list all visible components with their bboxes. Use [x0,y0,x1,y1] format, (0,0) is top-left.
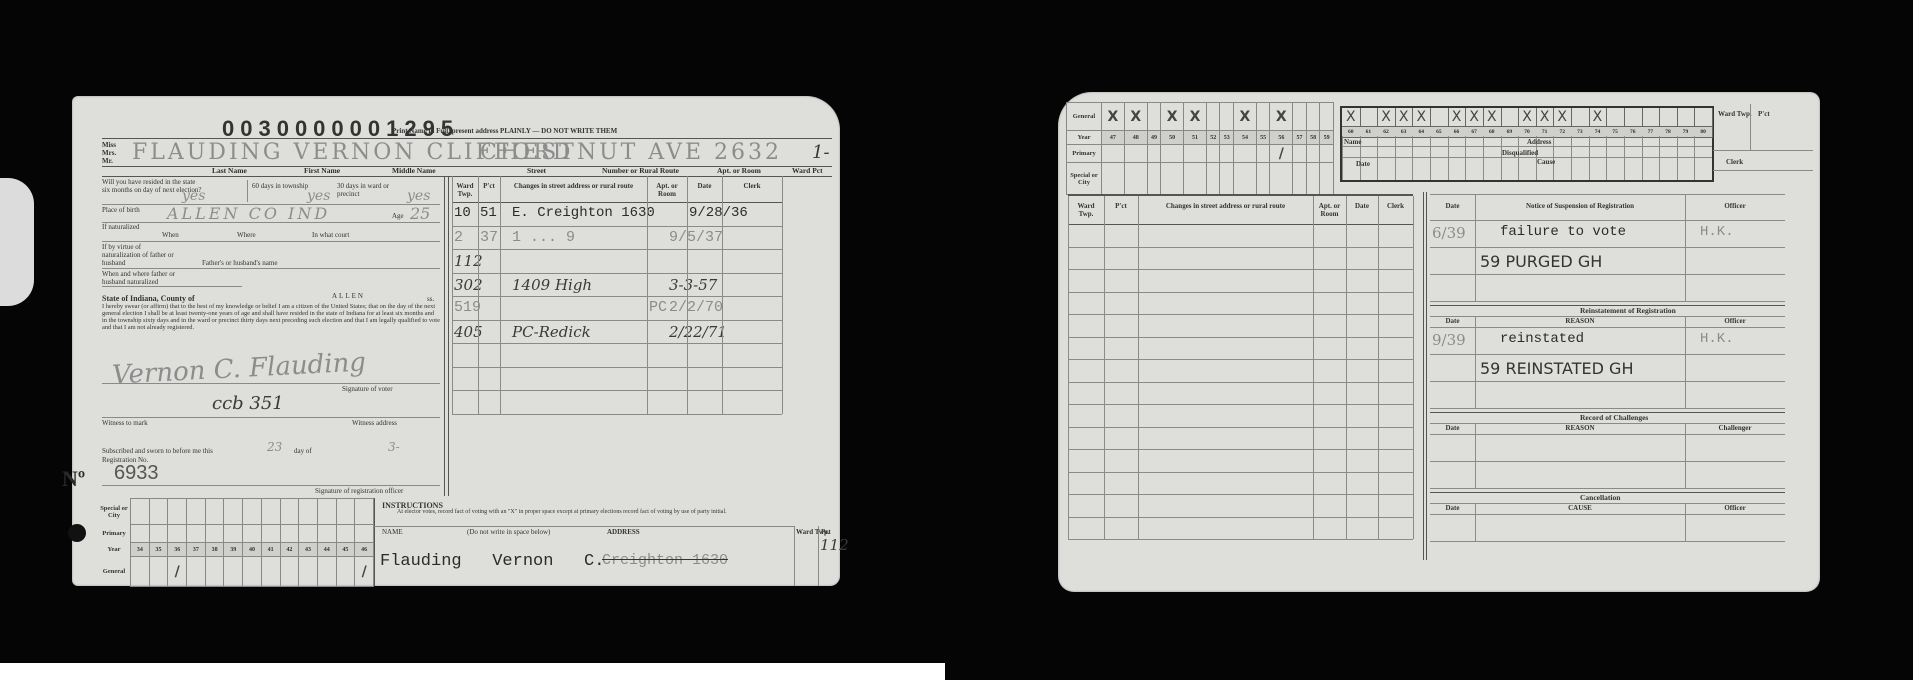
grid-cell [261,557,280,587]
registration-card-back: GeneralXXXXXXYear47484950515253545556575… [1058,92,1820,592]
grid-cell [1147,145,1161,163]
grid-cell: 45 [336,543,355,557]
year-cell: 78 [1659,126,1678,138]
column-header: Apt. or Room [1315,202,1344,218]
grid-cell [1220,145,1234,163]
grid-cell [1256,145,1270,163]
grid-line [1342,146,1712,147]
grid-cell [1161,145,1184,163]
grid-cell [1306,163,1320,195]
label-if-naturalized: If naturalized [102,223,142,231]
label-first-name: First Name [304,166,340,175]
grid-cell [317,557,336,587]
row-line [1068,269,1413,270]
column-header: CAUSE [1475,504,1685,512]
column-line [1685,423,1686,488]
grid-cell [149,557,168,587]
vote-mark: X [1557,109,1567,125]
residency-ward-value: yes [407,188,430,204]
row-line [1430,461,1785,462]
grid-cell [1124,145,1147,163]
column-header: Officer [1685,317,1785,325]
grid-cell [187,499,206,525]
grid-cell [1320,103,1334,131]
vote-mark: X [1593,109,1603,125]
label-residency-township: 60 days in township [252,182,312,190]
grid-line [1412,136,1413,180]
grid-cell [149,525,168,543]
row-line [452,320,782,321]
row-line [1430,408,1785,409]
label-place-of-birth: Place of birth [102,206,142,214]
label-where: Where [237,231,256,239]
grid-cell: 59 [1320,131,1334,145]
grid-cell: 49 [1147,131,1161,145]
grid-mark-cell: X [1342,108,1361,126]
grid-cell [336,525,355,543]
column-line [1685,503,1686,541]
year-cell: 60 [1342,126,1361,138]
grid-cell: 34 [131,543,150,557]
grid-cell [355,499,374,525]
vote-mark: X [1452,109,1462,125]
grid-cell [1220,103,1234,131]
grid-cell [336,499,355,525]
label-residency-ward: 30 days in ward or precinct [337,182,407,198]
header-line [1430,514,1785,515]
grid-mark-cell [1624,108,1643,126]
residency-state-value: yes [182,188,205,204]
grid-row-label: General [1067,103,1102,131]
year-cell: 65 [1430,126,1449,138]
column-line [1138,196,1139,539]
grid-mark-cell [1642,108,1661,126]
grid-line [1483,136,1484,180]
row-line [452,343,782,344]
column-header: Date [689,182,720,190]
header-instruction: Print Name in Full, present address PLAI… [392,127,617,135]
column-header: Date [1348,202,1376,210]
vote-mark: X [1399,109,1409,125]
row-line [452,226,782,227]
column-line [500,176,501,414]
grid-row-label: Primary [1067,145,1102,163]
bottom-pct-value: 112 [820,536,849,554]
header-line [1430,434,1785,435]
grid-cell: 40 [243,543,262,557]
column-header: Apt. or Room [649,182,685,198]
title-labels: Miss Mrs. Mr. [102,141,116,165]
instructions-text: At elector votes, record fact of voting … [397,509,752,516]
grid-cell: 58 [1306,131,1320,145]
column-line [1475,194,1476,301]
residency-township-value: yes [307,188,330,204]
vote-mark: X [1381,109,1391,125]
grid-cell [243,525,262,543]
grid-cell: X [1270,103,1293,131]
row-line [1430,247,1785,248]
table-row-cell: PC-Redick [512,323,591,341]
row-line [452,249,782,250]
punch-hole [68,524,86,542]
grid-cell [205,525,224,543]
row-line [452,296,782,297]
label-back-ward: Ward Twp. [1718,110,1752,118]
table-row-cell: 10 [454,205,471,221]
label-when: When [162,231,179,239]
column-line [647,176,648,414]
row-line [1068,314,1413,315]
grid-cell: 56 [1270,131,1293,145]
year-cell: 68 [1483,126,1502,138]
grid-cell [131,499,150,525]
row-line [1068,539,1413,540]
year-cell: 77 [1642,126,1661,138]
column-line [1685,316,1686,408]
grid-cell: 55 [1256,131,1270,145]
column-line [687,176,688,414]
grid-cell [1206,103,1220,131]
row-line [452,390,782,391]
column-line [1068,196,1069,539]
section-title: Cancellation [1580,494,1620,502]
oath-heading: State of Indiana, County of [102,295,195,303]
grid-cell [261,525,280,543]
grid-cell [336,557,355,587]
row-line [1068,382,1413,383]
grid-cell: 39 [224,543,243,557]
year-cell: 69 [1501,126,1520,138]
grid-line [1377,136,1378,180]
grid-cell [355,525,374,543]
label-middle-name: Middle Name [392,166,436,175]
column-header: Changes in street address or rural route [502,182,645,190]
label-subscribed: Subscribed and sworn to before me this [102,447,213,455]
row-officer: H.K. [1700,331,1734,347]
column-header: Ward Twp. [454,182,476,198]
column-line [1378,196,1379,539]
column-line [1685,194,1686,301]
label-in-what-court: In what court [312,231,349,239]
grid-line [1448,136,1449,180]
table-row-cell: 2 [454,229,463,246]
grid-cell [299,525,318,543]
year-cell: 75 [1606,126,1625,138]
label-bottom-pct: Pct [821,528,831,536]
column-header: P'ct [1106,202,1136,210]
grid-line [1395,136,1396,180]
year-cell: 76 [1624,126,1643,138]
age-value: 25 [410,204,430,223]
column-header: Clerk [1380,202,1411,210]
label-back-clerk: Clerk [1726,158,1743,166]
row-line [1068,292,1413,293]
grid-mark-cell [1694,108,1713,126]
grid-cell [280,525,299,543]
subscribed-day: 23 [267,440,282,454]
grid-mark-cell: X [1553,108,1572,126]
row-line [1430,541,1785,542]
grid-cell: 50 [1161,131,1184,145]
row-line [452,273,782,274]
adjacent-card-edge [0,178,34,306]
grid-row-label: Primary [98,525,131,543]
column-header: Notice of Suspension of Registration [1475,202,1685,210]
row-line [1430,301,1785,302]
grid-cell: 38 [205,543,224,557]
label-instructions-name: NAME [382,528,403,536]
grid-cell [1184,163,1207,195]
label-do-not-write: (Do not write in space below) [467,528,550,536]
grid-mark-cell [1501,108,1520,126]
row-reason: reinstated [1500,331,1584,347]
vote-mark: X [1469,109,1479,125]
grid-row-label: Year [98,543,131,557]
year-cell: 67 [1465,126,1484,138]
table-row-cell: 9/28/36 [689,205,748,221]
voter-signature: Vernon C. Flauding [111,347,366,390]
label-date: Date [1356,160,1370,168]
label-when-where-naturalized: When and where father or husband natural… [102,270,197,286]
column-line [1104,196,1105,539]
vote-mark: X [1346,109,1356,125]
grid-cell: 52 [1206,131,1220,145]
year-cell: 79 [1677,126,1696,138]
row-line [1068,359,1413,360]
column-header: REASON [1475,317,1685,325]
vote-mark: X [1540,109,1550,125]
column-header: REASON [1475,424,1685,432]
grid-mark-cell: X [1465,108,1484,126]
label-back-pct: P'ct [1758,110,1770,118]
table-row-cell: 37 [480,229,498,246]
label-disqualified: Disqualified [1502,149,1538,157]
column-header: Ward Twp. [1070,202,1102,218]
row-date: 6/39 [1432,224,1466,242]
grid-cell [1234,163,1257,195]
grid-cell [1184,145,1207,163]
column-header: Officer [1685,504,1785,512]
grid-cell [224,525,243,543]
grid-cell [168,525,187,543]
grid-cell [1206,163,1220,195]
grid-mark-cell: X [1483,108,1502,126]
label-witness-mark: Witness to mark [102,419,148,427]
grid-line [1589,136,1590,180]
label-registration-officer: Signature of registration officer [315,487,403,495]
grid-mark-cell [1659,108,1678,126]
grid-cell [205,557,224,587]
number-symbol: Nº [62,466,85,492]
grid-cell: X [1184,103,1207,131]
voting-grid-table: Special or CityPrimaryYear34353637383940… [98,498,374,587]
grid-cell [149,499,168,525]
header-line [1430,220,1785,221]
grid-cell [168,499,187,525]
grid-line [1465,136,1466,180]
label-apt-room: Apt. or Room [717,166,761,175]
label-day-of: day of [294,447,312,455]
grid-cell: 57 [1293,131,1307,145]
grid-line [1677,136,1678,180]
grid-cell [1293,103,1307,131]
grid-cell [1102,163,1125,195]
table-row-cell: 3-3-57 [669,276,717,294]
table-row-cell: 2/2/70 [669,299,723,316]
section-title: Reinstatement of Registration [1580,307,1676,315]
year-cell: 63 [1395,126,1414,138]
grid-line [1430,136,1431,180]
header-line [1068,224,1413,225]
table-row-cell: 519 [454,299,481,316]
grid-cell: 53 [1220,131,1234,145]
label-signature-voter: Signature of voter [342,385,393,393]
column-header: Date [1430,202,1475,210]
county-value: ALLEN [332,292,365,300]
year-cell: 72 [1553,126,1572,138]
typed-address-struck: Creighton 1630 [602,552,728,569]
column-line [1346,196,1347,539]
grid-mark-cell: X [1589,108,1608,126]
grid-cell: 35 [149,543,168,557]
row-line [1068,404,1413,405]
header-line [452,202,782,203]
column-line [1313,196,1314,539]
section-title: Record of Challenges [1580,414,1648,422]
grid-cell: 36 [168,543,187,557]
table-row-cell: 1409 High [512,276,592,294]
grid-cell: 37 [187,543,206,557]
header-line [1430,327,1785,328]
table-row-cell: PC [649,299,667,316]
oath-text: I hereby swear (or affirm) that to the b… [102,303,440,331]
grid-cell: X [1102,103,1125,131]
grid-cell: / [355,557,374,587]
grid-mark-cell: X [1395,108,1414,126]
grid-cell [1102,145,1125,163]
grid-mark-cell [1430,108,1449,126]
column-header: P'ct [480,182,498,190]
grid-cell [1293,163,1307,195]
column-header: Challenger [1685,424,1785,432]
witness-handwritten: ccb 351 [212,393,284,414]
grid-cell [1161,163,1184,195]
year-cell: 61 [1360,126,1379,138]
grid-cell: 41 [261,543,280,557]
label-number-route: Number or Rural Route [602,166,679,175]
grid-line [1694,136,1695,180]
grid-cell [224,499,243,525]
ward-pct-top: 1- [812,142,830,163]
column-line [1413,196,1414,539]
grid-cell: 51 [1184,131,1207,145]
column-header: Date [1430,317,1475,325]
row-officer: H.K. [1700,224,1734,240]
grid-cell [131,525,150,543]
year-cell: 80 [1694,126,1713,138]
label-ward-pct: Ward Pct [792,166,823,175]
label-instructions-address: ADDRESS [607,528,640,536]
year-cell: 74 [1589,126,1608,138]
grid-cell: / [168,557,187,587]
grid-cell [205,499,224,525]
row-reason: 59 REINSTATED GH [1480,359,1633,378]
grid-cell: 43 [299,543,318,557]
column-line [478,176,479,414]
table-row-cell: E. Creighton 1630 [512,205,655,221]
grid-mark-cell: X [1518,108,1537,126]
label-witness-address: Witness address [352,419,397,427]
grid-row-label: Special or City [98,499,131,525]
grid-cell: 44 [317,543,336,557]
grid-line [1624,136,1625,180]
table-top-line [452,176,782,177]
grid-cell [280,557,299,587]
row-line [1068,247,1413,248]
year-cell: 64 [1412,126,1431,138]
grid-line [1501,136,1502,180]
label-last-name: Last Name [212,166,247,175]
grid-mark-cell [1571,108,1590,126]
grid-cell [187,557,206,587]
label-virtue-naturalization: If by virtue of naturalization of father… [102,243,177,267]
year-cell: 62 [1377,126,1396,138]
grid-cell [299,557,318,587]
grid-cell [131,557,150,587]
vote-mark: X [1487,109,1497,125]
grid-cell [1256,163,1270,195]
row-line [1068,427,1413,428]
grid-cell [224,557,243,587]
grid-cell [1256,103,1270,131]
grid-line [1342,157,1712,158]
grid-cell: 47 [1102,131,1125,145]
grid-cell [261,499,280,525]
column-line [782,176,783,414]
registration-card-front: 0030000001295 Print Name in Full, presen… [72,96,840,586]
grid-cell [317,499,336,525]
row-date: 9/39 [1432,331,1466,349]
vote-mark: X [1416,109,1426,125]
row-line [452,367,782,368]
column-line [1475,503,1476,541]
table-row-cell: 9/5/37 [669,229,723,246]
grid-mark-cell: X [1377,108,1396,126]
row-line [1068,494,1413,495]
subscribed-year: 3- [388,440,400,454]
grid-cell: / [1270,145,1293,163]
row-reason: failure to vote [1500,224,1626,240]
grid-line [1659,136,1660,180]
grid-cell [243,557,262,587]
label-father-name: Father's or husband's name [202,259,277,267]
grid-cell: 54 [1234,131,1257,145]
year-cell: 70 [1518,126,1537,138]
row-line [1430,488,1785,489]
row-line [1068,449,1413,450]
grid-mark-cell: X [1412,108,1431,126]
birth-place-value: ALLEN CO IND [167,204,330,223]
column-header: Clerk [724,182,780,190]
grid-cell [1320,145,1334,163]
vote-mark: X [1522,109,1532,125]
grid-mark-cell [1360,108,1379,126]
year-cell: 66 [1448,126,1467,138]
grid-cell [317,525,336,543]
grid-row-label: Special or City [1067,163,1102,195]
column-header: Changes in street address or rural route [1140,202,1311,210]
grid-row-label: General [98,557,131,587]
